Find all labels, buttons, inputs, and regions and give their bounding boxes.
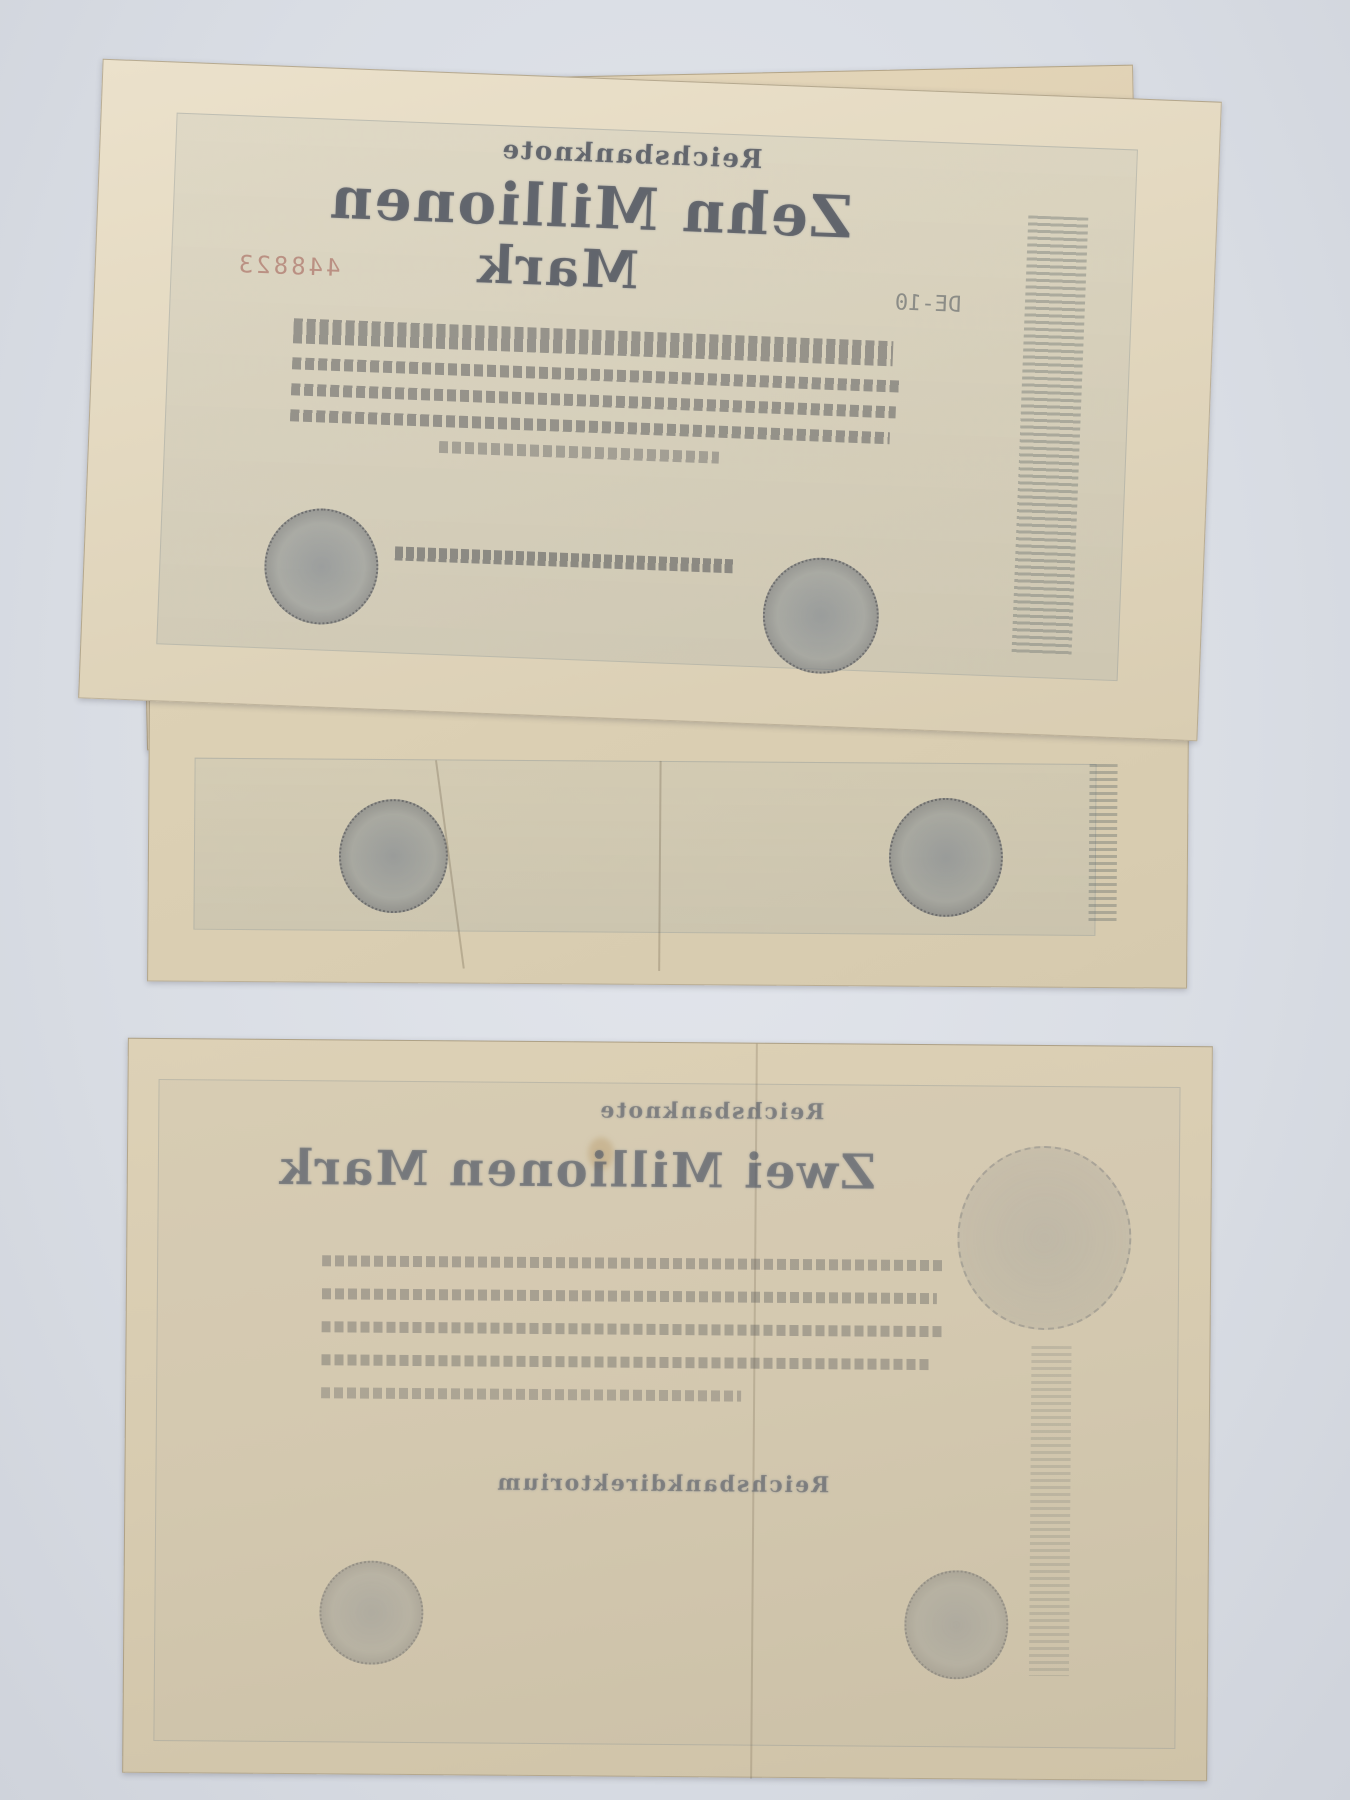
ornament-band (1029, 1346, 1072, 1676)
banknote-bottom: Reichsbanknote Zwei Millionen Mark Reich… (122, 1038, 1213, 1781)
ornament-band (1088, 764, 1117, 924)
note-title-line-2: Mark (475, 234, 640, 301)
serial-number: 448823 (235, 250, 341, 282)
footer-line: Reichsbankdirektorium (495, 1470, 829, 1499)
banknote-top: Reichsbanknote Zehn Millionen Mark 44882… (78, 59, 1222, 742)
note-body-text (321, 1245, 952, 1425)
seal-left (319, 1560, 424, 1665)
note-heading: Reichsbanknote (598, 1097, 824, 1125)
seal-right (904, 1570, 1009, 1680)
note-body-text (289, 312, 914, 471)
ornament-rosette (957, 1145, 1132, 1330)
note-title: Zwei Millionen Mark (278, 1140, 876, 1201)
series-code: DE-10 (894, 290, 961, 318)
seal-right (889, 798, 1004, 918)
seal-left (339, 799, 449, 914)
